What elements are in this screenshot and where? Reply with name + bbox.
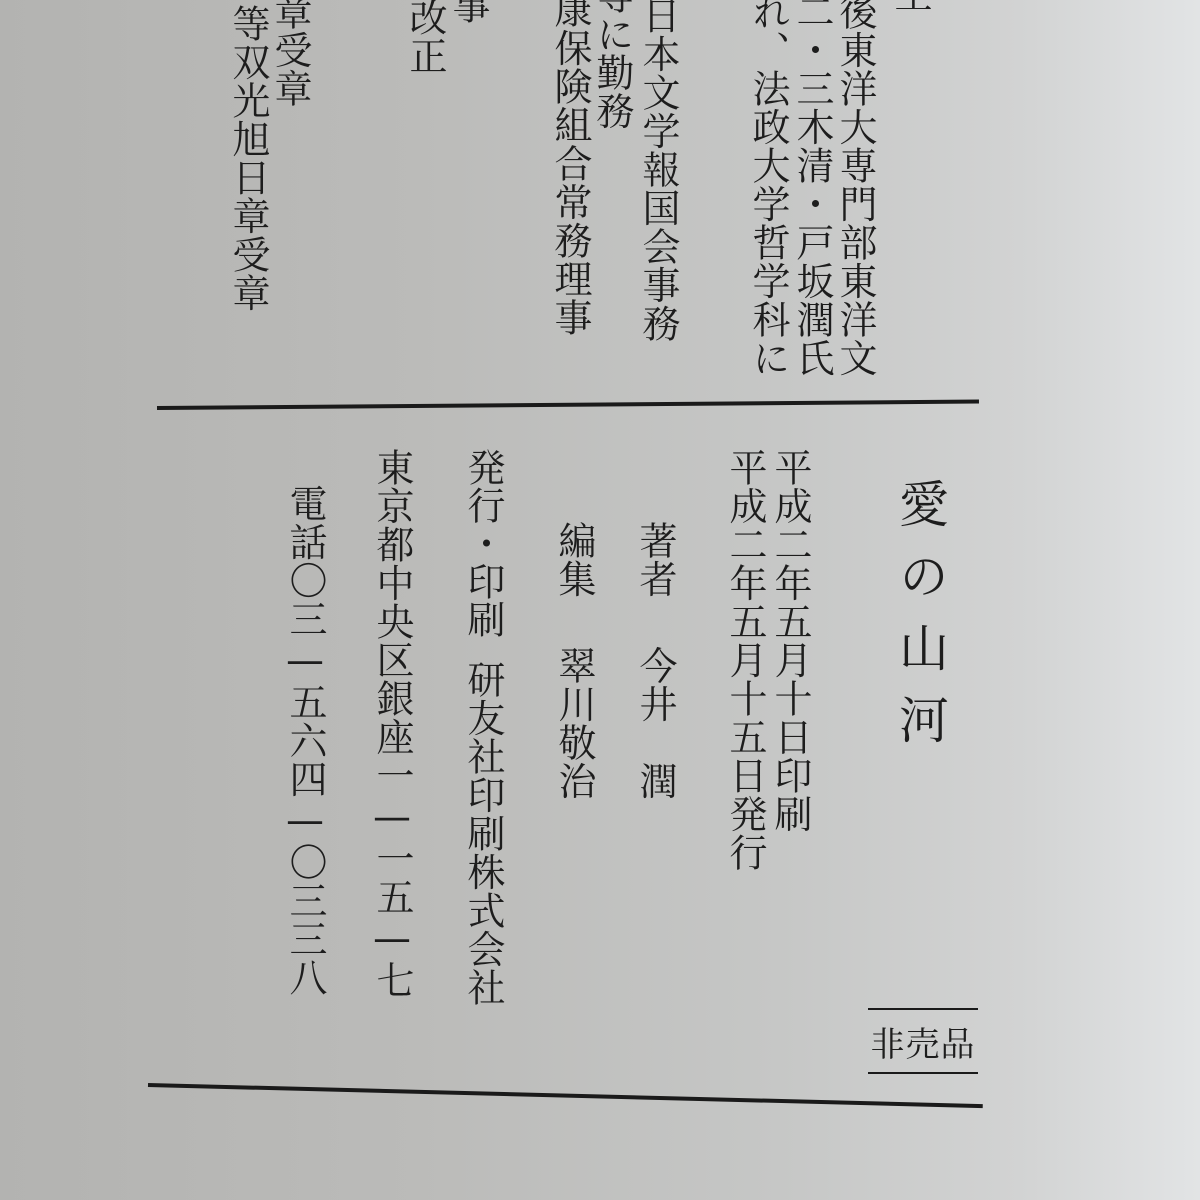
editor-name: 翠川敬治 [555, 646, 593, 800]
not-for-sale-box: 非売品 [868, 1008, 978, 1074]
publish-date: 平成二年五月十五日発行 [726, 448, 764, 872]
bio-column: 二・三木清・戸坂潤氏 [793, 0, 831, 377]
not-for-sale-label: 非売品 [871, 1017, 976, 1066]
publisher-phone: 電話〇三—五六四—〇三三八 [286, 484, 324, 997]
bio-column: 等双光旭日章受章 [229, 4, 267, 312]
bio-column: 生 [891, 0, 929, 13]
editor-label: 編集 [555, 521, 593, 598]
publisher-label: 発行・印刷 [464, 448, 502, 638]
author-name: 今井 潤 [636, 646, 674, 800]
publisher-address: 東京都中央区銀座一—一五—七 [373, 448, 411, 999]
bio-column: 章受章 [271, 0, 309, 108]
bio-column: 日本文学報国会事務 [639, 0, 677, 343]
bio-column: 事 [449, 0, 487, 25]
author-label: 著者 [636, 521, 674, 598]
print-date: 平成二年五月十日印刷 [771, 448, 809, 833]
bio-column: れ、法政大学哲学科に [749, 0, 787, 377]
bio-column: 改正 [406, 0, 444, 75]
bio-column: 後東洋大専門部東洋文 [836, 0, 874, 377]
bio-column: 等に勤務 [593, 0, 631, 130]
book-title: 愛の山河 [895, 478, 945, 766]
divider-bottom [148, 1083, 983, 1108]
publisher-name: 研友社印刷株式会社 [464, 660, 502, 1007]
divider-top [157, 400, 979, 410]
bio-column: 康保険組合常務理事 [551, 0, 589, 337]
